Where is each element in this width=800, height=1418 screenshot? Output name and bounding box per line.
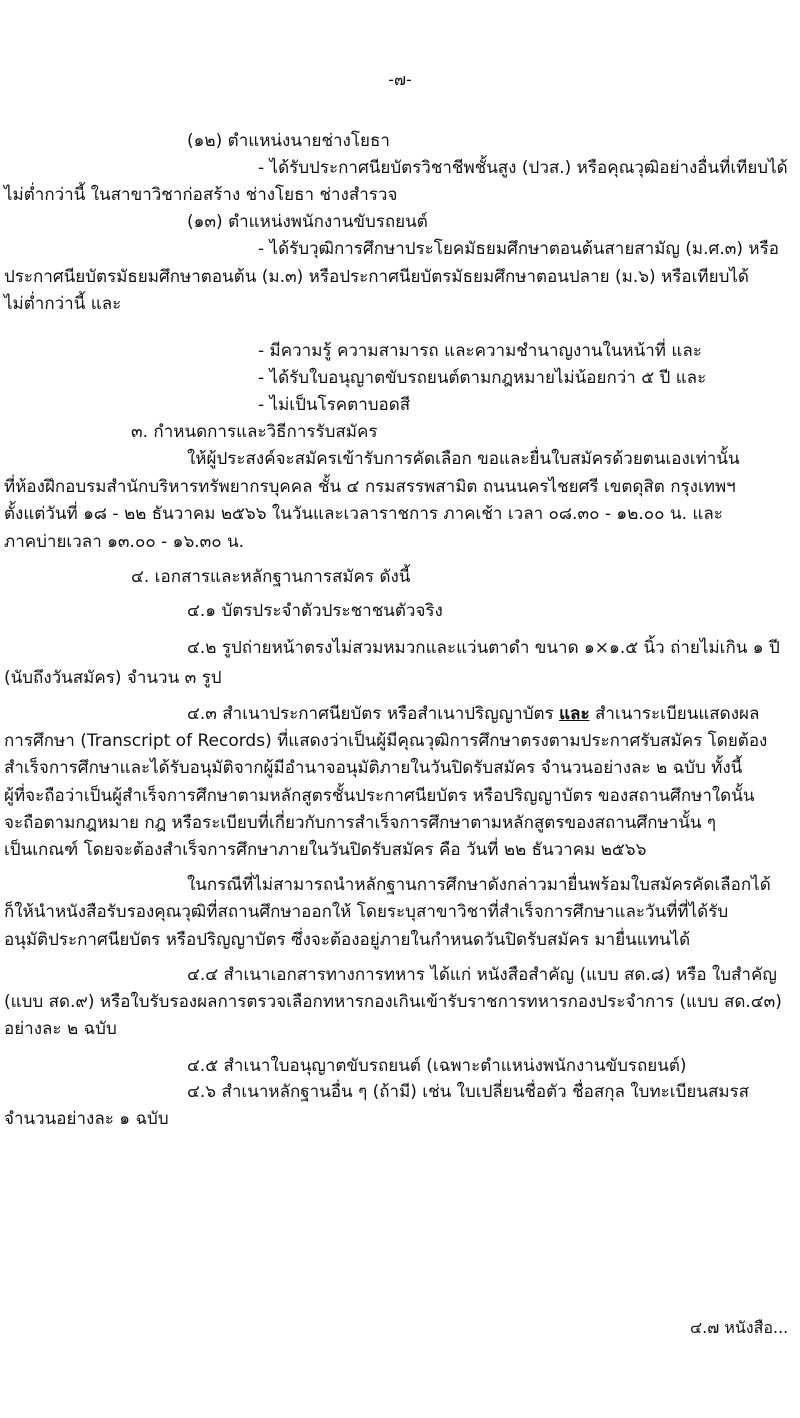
document-page: -๗- (๑๒) ตำแหน่งนายช่างโยธา - ได้รับประก… [0,0,800,1418]
item-4-6-cont: จำนวนอย่างละ ๑ ฉบับ [4,1108,169,1130]
position-13-qualification-cont: ประกาศนียบัตรมัธยมศึกษาตอนต้น (ม.๓) หรือ… [4,266,749,288]
position-12-qualification-cont: ไม่ต่ำกว่านี้ ในสาขาวิชาก่อสร้าง ช่างโยธ… [4,184,397,206]
position-12-qualification: - ได้รับประกาศนียบัตรวิชาชีพชั้นสูง (ปวส… [258,157,788,179]
item-4-2: ๔.๒ รูปถ่ายหน้าตรงไม่สวมหมวกและแว่นตาดำ … [187,637,780,659]
position-13-qualification-cont2: ไม่ต่ำกว่านี้ และ [4,293,121,315]
item-4-3-emphasis: และ [559,704,590,724]
position-12-heading: (๑๒) ตำแหน่งนายช่างโยธา [187,130,390,152]
position-13-req-colorblind: - ไม่เป็นโรคตาบอดสี [258,394,410,416]
section-3-para-afternoon: ภาคบ่ายเวลา ๑๓.๐๐ - ๑๖.๓๐ น. [4,531,244,553]
position-13-qualification: - ได้รับวุฒิการศึกษาประโยคมัธยมศึกษาตอนต… [258,238,779,260]
position-13-heading: (๑๓) ตำแหน่งพนักงานขับรถยนต์ [187,211,428,233]
section-3-para-cont: ที่ห้องฝึกอบรมสำนักบริหารทรัพยากรบุคคล ช… [4,476,736,498]
item-4-4: ๔.๔ สำเนาเอกสารทางการทหาร ได้แก่ หนังสือ… [187,964,777,986]
continuation-marker: ๔.๗ หนังสือ... [690,1316,788,1341]
item-4-3: ๔.๓ สำเนาประกาศนียบัตร หรือสำเนาปริญญาบั… [187,703,759,725]
item-4-3-cont4: จะถือตามกฎหมาย กฎ หรือระเบียบที่เกี่ยวกั… [4,812,716,834]
exception-para-cont2: อนุมัติประกาศนียบัตร หรือปริญญาบัตร ซึ่ง… [4,929,690,951]
exception-para-cont1: ก็ให้นำหนังสือรับรองคุณวุฒิที่สถานศึกษาอ… [4,901,728,923]
section-3-heading: ๓. กำหนดการและวิธีการรับสมัคร [131,421,378,443]
item-4-3-cont2: สำเร็จการศึกษาและได้รับอนุมัติจากผู้มีอำ… [4,757,742,779]
item-4-3-text-a: ๔.๓ สำเนาประกาศนียบัตร หรือสำเนาปริญญาบั… [187,704,559,724]
item-4-4-cont2: อย่างละ ๒ ฉบับ [4,1018,117,1040]
section-4-heading: ๔. เอกสารและหลักฐานการสมัคร ดังนี้ [131,566,410,588]
item-4-3-cont1: การศึกษา (Transcript of Records) ที่แสดง… [4,730,767,752]
exception-para: ในกรณีที่ไม่สามารถนำหลักฐานการศึกษาดังกล… [187,874,771,896]
position-13-req-knowledge: - มีความรู้ ความสามารถ และความชำนาญงานใน… [258,340,702,362]
item-4-2-cont: (นับถึงวันสมัคร) จำนวน ๓ รูป [4,667,222,689]
item-4-3-cont3: ผู้ที่จะถือว่าเป็นผู้สำเร็จการศึกษาตามหล… [4,785,754,807]
position-13-req-license: - ได้รับใบอนุญาตขับรถยนต์ตามกฎหมายไม่น้อ… [258,367,706,389]
section-3-para: ให้ผู้ประสงค์จะสมัครเข้ารับการคัดเลือก ข… [187,448,740,470]
item-4-3-cont5: เป็นเกณฑ์ โดยจะต้องสำเร็จการศึกษาภายในวั… [4,839,646,861]
item-4-6: ๔.๖ สำเนาหลักฐานอื่น ๆ (ถ้ามี) เช่น ใบเป… [187,1081,749,1103]
page-number: -๗- [0,68,800,93]
item-4-3-text-c: สำเนาระเบียนแสดงผล [590,704,760,724]
item-4-1: ๔.๑ บัตรประจำตัวประชาชนตัวจริง [187,600,443,622]
section-3-para-dates: ตั้งแต่วันที่ ๑๘ - ๒๒ ธันวาคม ๒๕๖๖ ในวัน… [4,503,723,525]
item-4-5: ๔.๕ สำเนาใบอนุญาตขับรถยนต์ (เฉพาะตำแหน่ง… [187,1055,687,1077]
item-4-4-cont1: (แบบ สด.๙) หรือใบรับรองผลการตรวจเลือกทหา… [4,991,782,1013]
